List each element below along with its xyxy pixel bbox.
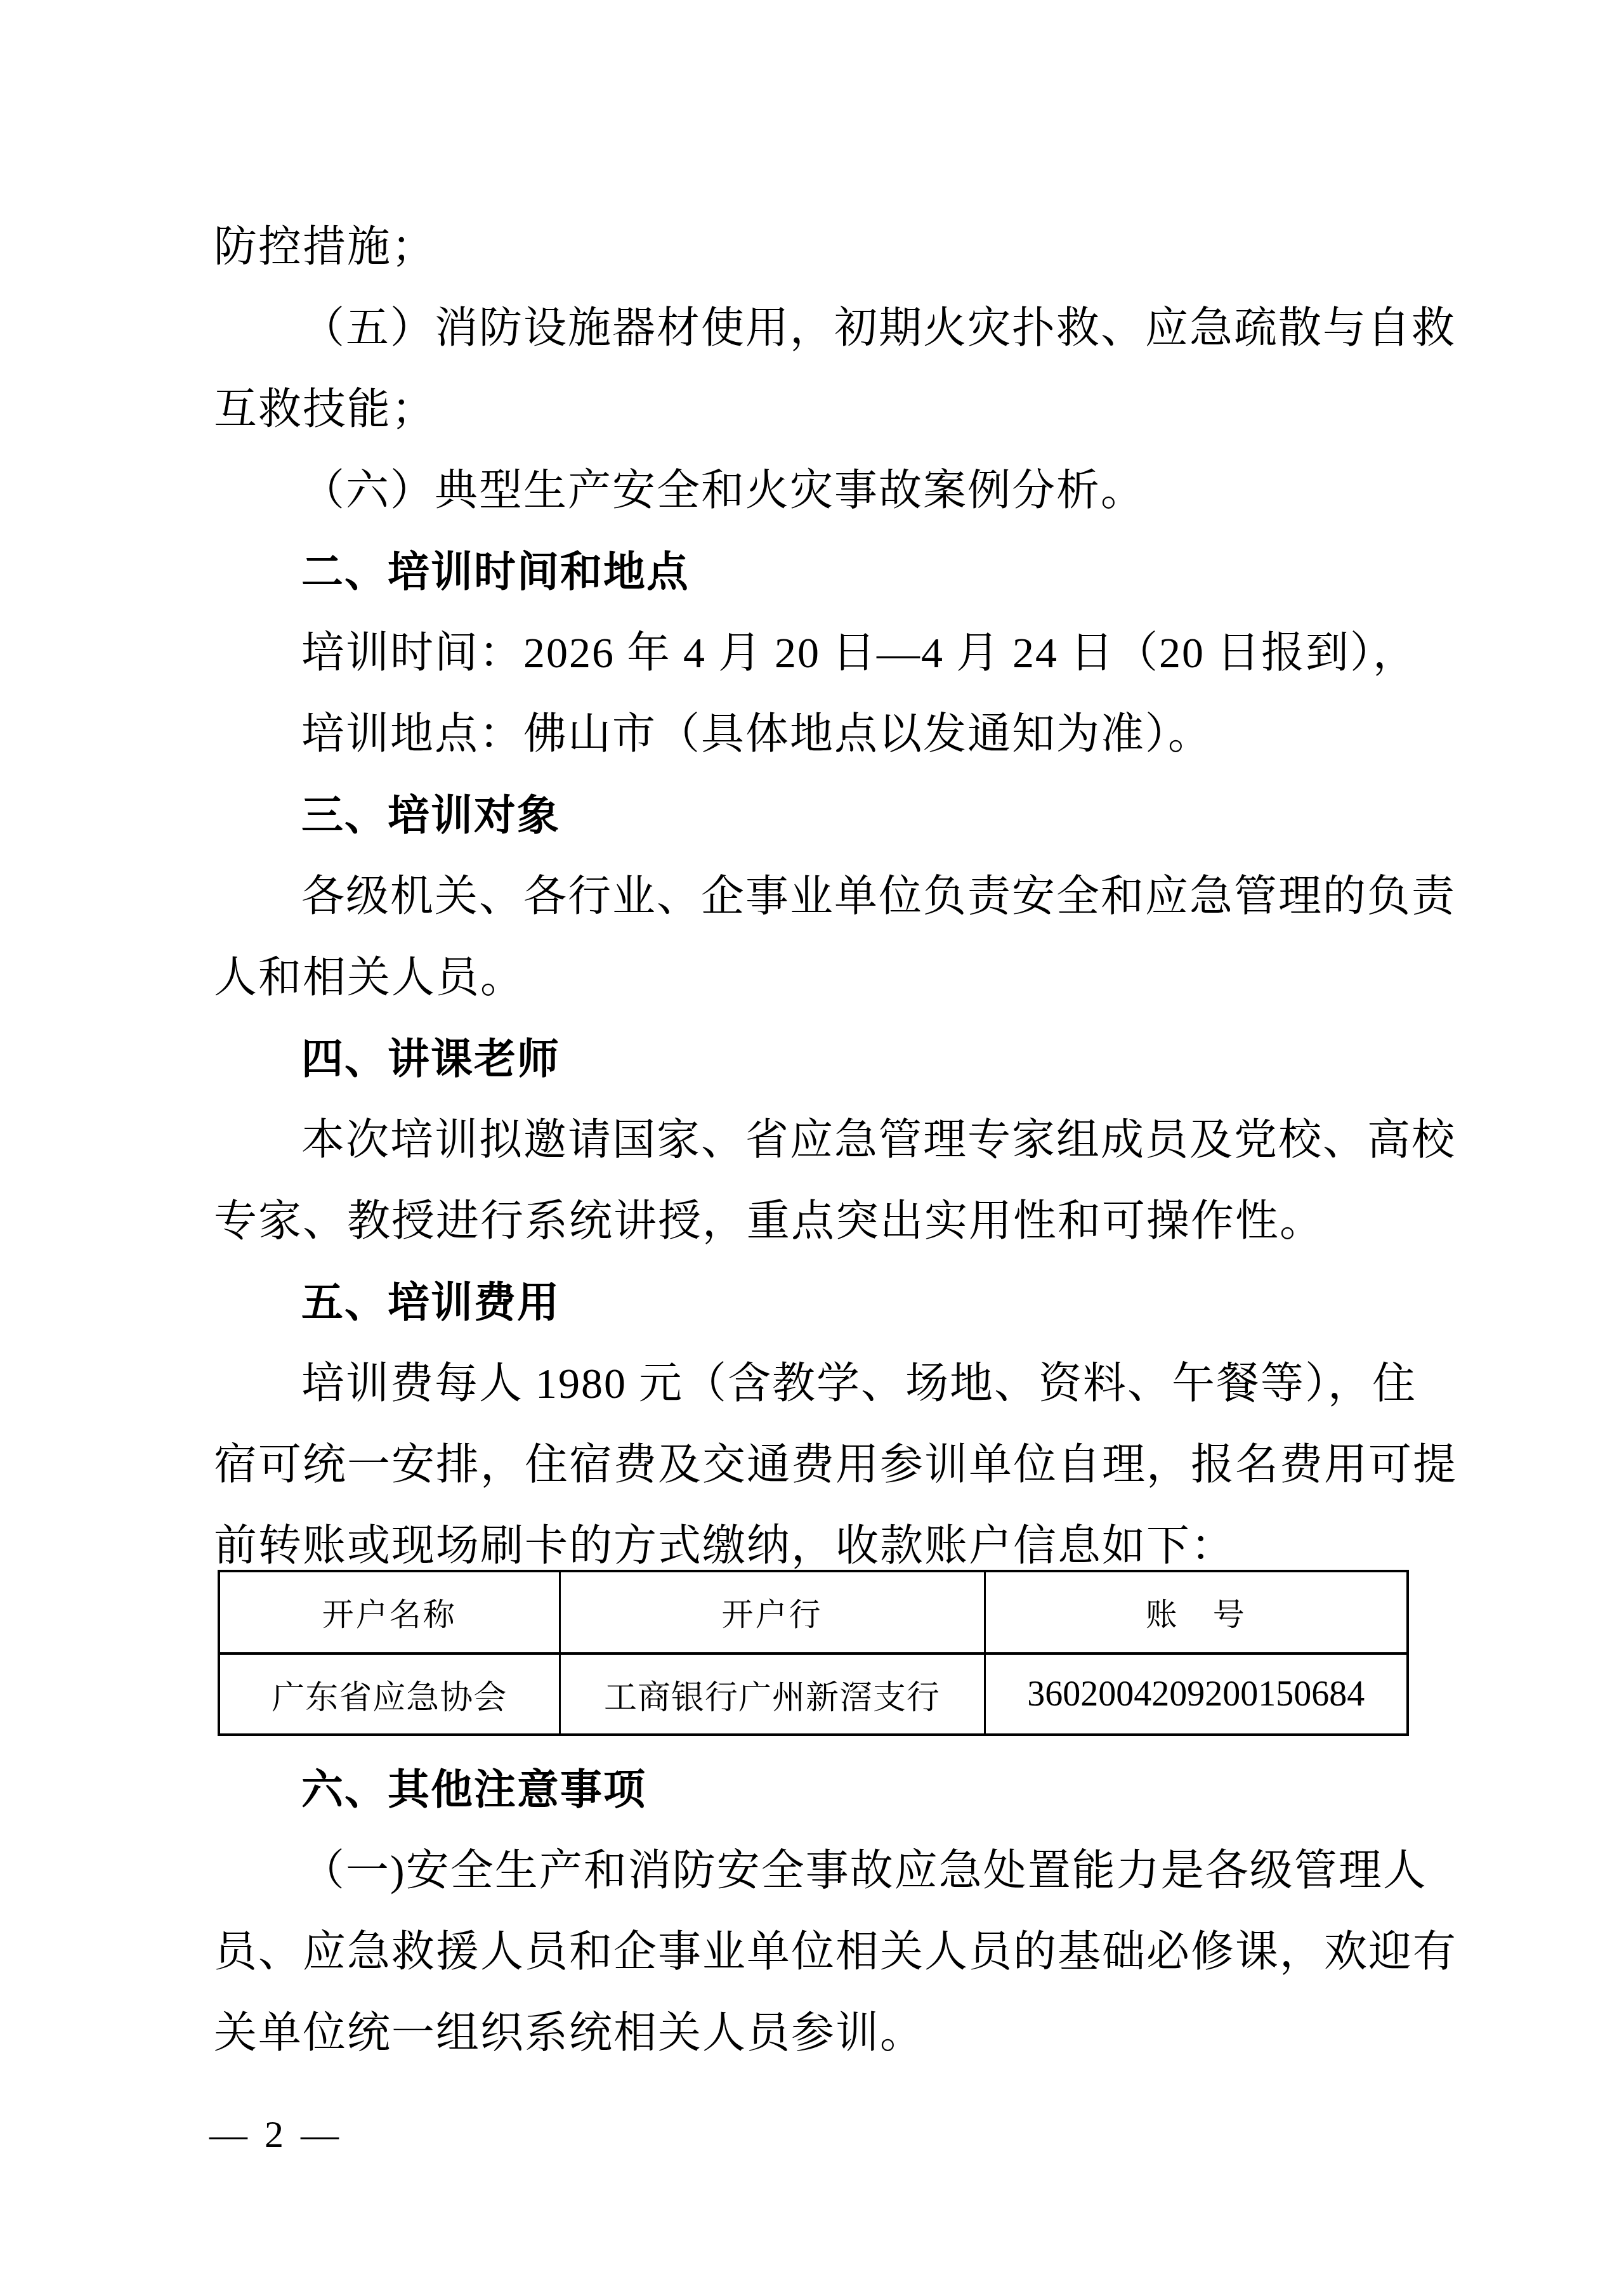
text-line: 互救技能； xyxy=(214,369,1425,450)
table-header-row: 开户名称 开户行 账 号 xyxy=(219,1571,1408,1654)
text-line: （六）典型生产安全和火灾事故案例分析。 xyxy=(214,450,1425,531)
table-cell-bank: 工商银行广州新滘支行 xyxy=(560,1654,985,1735)
text-line: 培训费每人 1980 元（含教学、场地、资料、午餐等），住 xyxy=(214,1343,1425,1424)
section-heading-6: 六、其他注意事项 xyxy=(214,1749,1425,1830)
text-line: 培训时间：2026 年 4 月 20 日—4 月 24 日（20 日报到）， xyxy=(214,612,1425,693)
table-header-bank: 开户行 xyxy=(560,1571,985,1654)
section-heading-4: 四、讲课老师 xyxy=(214,1018,1425,1099)
table-data-row: 广东省应急协会 工商银行广州新滘支行 3602004209200150684 xyxy=(219,1654,1408,1735)
table-cell-account-number: 3602004209200150684 xyxy=(985,1654,1408,1735)
document-body: 防控措施； （五）消防设施器材使用，初期火灾扑救、应急疏散与自救 互救技能； （… xyxy=(214,206,1425,1586)
document-page: 防控措施； （五）消防设施器材使用，初期火灾扑救、应急疏散与自救 互救技能； （… xyxy=(0,0,1624,2296)
text-line: 防控措施； xyxy=(214,206,1425,287)
section-heading-3: 三、培训对象 xyxy=(214,774,1425,856)
text-line: （一)安全生产和消防安全事故应急处置能力是各级管理人 xyxy=(214,1830,1425,1911)
table-header-account-name: 开户名称 xyxy=(219,1571,560,1654)
text-line: 关单位统一组织系统相关人员参训。 xyxy=(214,1992,1425,2073)
text-line: 人和相关人员。 xyxy=(214,937,1425,1018)
section-heading-2: 二、培训时间和地点 xyxy=(214,531,1425,612)
account-info-table: 开户名称 开户行 账 号 广东省应急协会 工商银行广州新滘支行 36020042… xyxy=(218,1570,1409,1736)
table-cell-account-name: 广东省应急协会 xyxy=(219,1654,560,1735)
text-line: 宿可统一安排，住宿费及交通费用参训单位自理，报名费用可提 xyxy=(214,1424,1425,1505)
text-line: 员、应急救援人员和企事业单位相关人员的基础必修课，欢迎有 xyxy=(214,1911,1425,1992)
text-line: 各级机关、各行业、企事业单位负责安全和应急管理的负责 xyxy=(214,856,1425,937)
table-header-account-number: 账 号 xyxy=(985,1571,1408,1654)
text-line: 本次培训拟邀请国家、省应急管理专家组成员及党校、高校 xyxy=(214,1099,1425,1180)
text-line: 专家、教授进行系统讲授，重点突出实用性和可操作性。 xyxy=(214,1180,1425,1262)
section-heading-5: 五、培训费用 xyxy=(214,1262,1425,1343)
document-body-continued: 六、其他注意事项 （一)安全生产和消防安全事故应急处置能力是各级管理人 员、应急… xyxy=(214,1749,1425,2073)
text-line: （五）消防设施器材使用，初期火灾扑救、应急疏散与自救 xyxy=(214,287,1425,369)
page-number: — 2 — xyxy=(209,2109,343,2160)
text-line: 培训地点：佛山市（具体地点以发通知为准）。 xyxy=(214,693,1425,774)
